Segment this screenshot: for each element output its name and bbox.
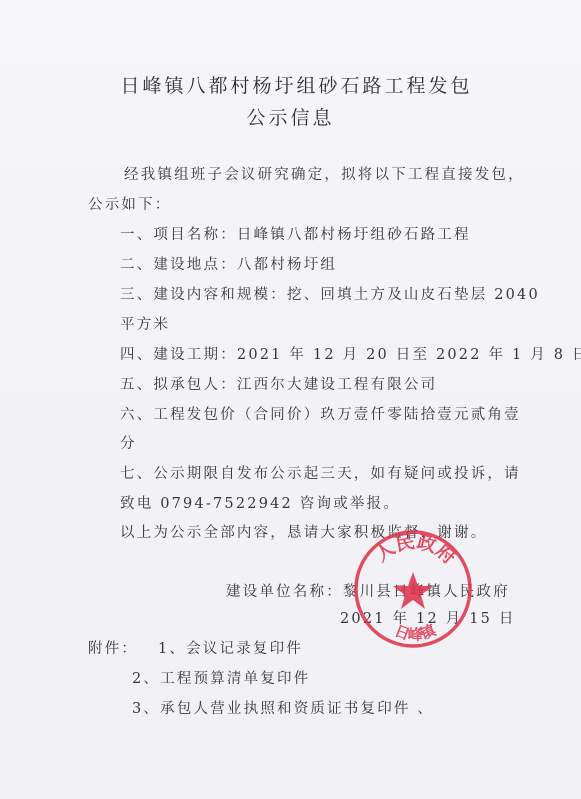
attachment-item-3: 3、承包人营业执照和资质证书复印件 、 (132, 697, 434, 718)
document-title-line2: 公示信息 (0, 103, 581, 130)
document-page: 日峰镇八都村杨圩组砂石路工程发包 公示信息 经我镇组班子会议研究确定，拟将以下工… (0, 0, 581, 799)
svg-text:人民政府: 人民政府 (371, 530, 461, 569)
item-publicity-contact: 致电 0794-7522942 咨询或举报。 (120, 492, 400, 513)
stamp-text-bottom: 日峰镇 (392, 621, 439, 644)
attachments-label: 附件： (88, 637, 138, 658)
item-publicity-period: 七、公示期限自发布公示起三天，如有疑问或投诉，请 (120, 462, 521, 483)
item-project-name: 一、项目名称：日峰镇八都村杨圩组砂石路工程 (120, 223, 471, 244)
stamp-text-top: 人民政府 (371, 530, 461, 569)
official-seal-stamp: 人民政府 日峰镇 (352, 528, 474, 650)
item-schedule: 四、建设工期：2021 年 12 月 20 日至 2022 年 1 月 8 日 (120, 343, 581, 364)
attachment-item-1: 1、会议记录复印件 (158, 637, 303, 658)
intro-paragraph-line1: 经我镇组班子会议研究确定，拟将以下工程直接发包， (124, 163, 525, 184)
item-location: 二、建设地点：八都村杨圩组 (120, 253, 337, 274)
document-title-line1: 日峰镇八都村杨圩组砂石路工程发包 (6, 71, 581, 98)
item-contractor: 五、拟承包人：江西尔大建设工程有限公司 (120, 373, 437, 394)
attachment-item-2: 2、工程预算清单复印件 (132, 667, 310, 688)
item-contract-price-cont: 分 (120, 432, 137, 453)
item-contract-price: 六、工程发包价（合同价）玖万壹仟零陆拾壹元贰角壹 (120, 403, 521, 424)
item-scope: 三、建设内容和规模：挖、回填土方及山皮石垫层 2040 (120, 283, 540, 304)
svg-text:日峰镇: 日峰镇 (392, 621, 439, 644)
intro-paragraph-line2: 公示如下： (88, 193, 172, 214)
item-scope-cont: 平方米 (120, 313, 170, 334)
